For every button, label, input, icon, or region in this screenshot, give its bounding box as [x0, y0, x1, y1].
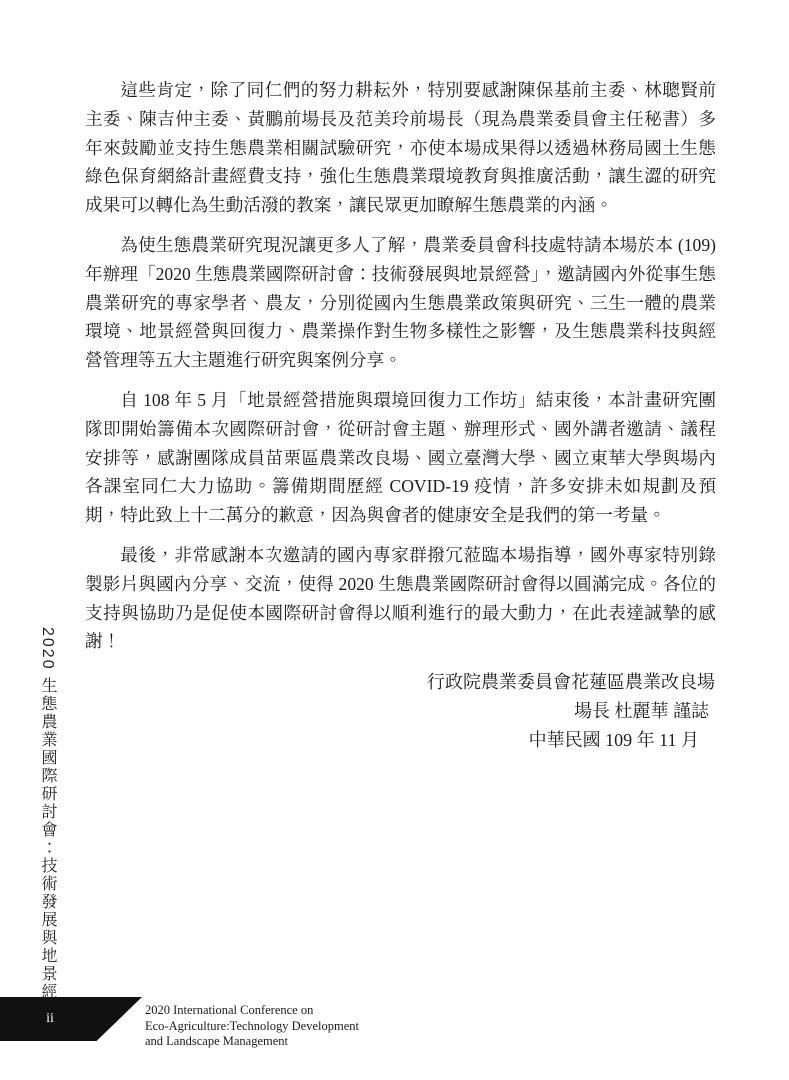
preface-paragraph-4: 最後，非常感謝本次邀請的國內專家群撥冗蒞臨本場指導，國外專家特別錄製影片與國內分… [85, 541, 716, 656]
preface-body: 這些肯定，除了同仁們的努力耕耘外，特別要感謝陳保基前主委、林聰賢前主委、陳吉仲主… [85, 76, 716, 667]
page-number: ii [0, 997, 100, 1041]
signature-signer: 場長 杜麗華 謹誌 [427, 697, 715, 726]
footer-line-3: and Landscape Management [145, 1034, 359, 1050]
preface-paragraph-2: 為使生態農業研究現況讓更多人了解，農業委員會科技處特請本場於本 (109) 年辦… [85, 231, 716, 375]
signature-organization: 行政院農業委員會花蓮區農業改良場 [427, 668, 715, 697]
footer-line-2: Eco-Agriculture:Technology Development [145, 1019, 359, 1035]
footer-line-1: 2020 International Conference on [145, 1003, 359, 1019]
document-page: 2020 生態農業國際研討會：技術發展與地景經營 這些肯定，除了同仁們的努力耕耘… [0, 0, 789, 1080]
conference-footer: 2020 International Conference on Eco-Agr… [145, 1003, 359, 1050]
preface-paragraph-3: 自 108 年 5 月「地景經營措施與環境回復力工作坊」結束後，本計畫研究團隊即… [85, 386, 716, 530]
vertical-book-title: 2020 生態農業國際研討會：技術發展與地景經營 [36, 627, 59, 999]
page-number-banner: ii [0, 997, 142, 1041]
preface-paragraph-1: 這些肯定，除了同仁們的努力耕耘外，特別要感謝陳保基前主委、林聰賢前主委、陳吉仲主… [85, 76, 716, 220]
signature-block: 行政院農業委員會花蓮區農業改良場 場長 杜麗華 謹誌 中華民國 109 年 11… [427, 668, 715, 755]
signature-date: 中華民國 109 年 11 月 [427, 726, 715, 755]
